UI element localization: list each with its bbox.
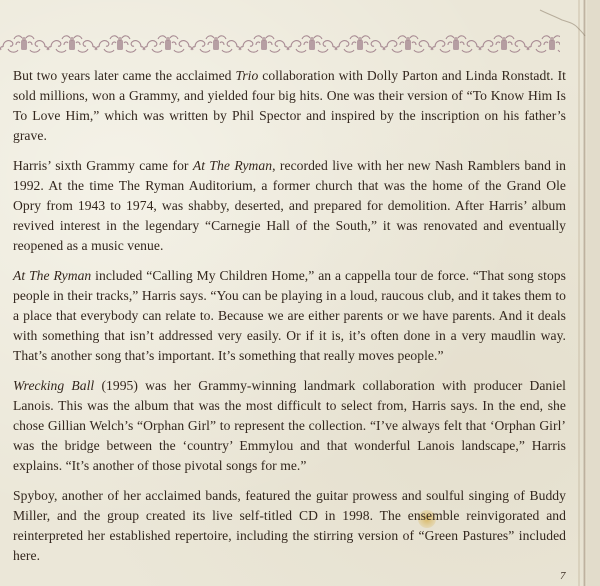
page-number: 7	[560, 570, 566, 582]
article-body: But two years later came the acclaimed T…	[13, 66, 566, 576]
text-segment: Harris’ sixth Grammy came for	[13, 158, 193, 173]
album-title: At The Ryman	[193, 158, 272, 173]
text-segment: included “Calling My Children Home,” an …	[13, 268, 566, 363]
scroll-ornament-icon	[288, 33, 336, 55]
page-crease	[583, 0, 587, 586]
paragraph: Wrecking Ball (1995) was her Grammy-winn…	[13, 376, 566, 476]
paragraph: But two years later came the acclaimed T…	[13, 66, 566, 146]
scroll-ornament-icon	[528, 33, 560, 55]
paragraph: Spyboy, another of her acclaimed bands, …	[13, 486, 566, 566]
text-segment: Spyboy, another of her acclaimed bands, …	[13, 488, 566, 563]
page-edge	[587, 0, 600, 586]
scroll-ornament-icon	[432, 33, 480, 55]
scroll-ornament-icon	[0, 33, 48, 55]
paragraph: Harris’ sixth Grammy came for At The Rym…	[13, 156, 566, 256]
scroll-ornament-icon	[384, 33, 432, 55]
album-title: Trio	[235, 68, 258, 83]
ornamental-border	[0, 33, 560, 55]
paragraph: At The Ryman included “Calling My Childr…	[13, 266, 566, 366]
text-segment: (1995) was her Grammy-winning landmark c…	[13, 378, 566, 473]
paper-crack-mark	[538, 6, 586, 36]
scroll-ornament-icon	[480, 33, 528, 55]
album-title: Wrecking Ball	[13, 378, 94, 393]
scroll-ornament-icon	[336, 33, 384, 55]
page-fold-line	[578, 0, 580, 586]
scroll-ornament-icon	[48, 33, 96, 55]
scroll-ornament-icon	[240, 33, 288, 55]
text-segment: But two years later came the acclaimed	[13, 68, 235, 83]
album-title: At The Ryman	[13, 268, 91, 283]
scroll-ornament-icon	[144, 33, 192, 55]
scroll-ornament-icon	[96, 33, 144, 55]
scroll-ornament-icon	[192, 33, 240, 55]
